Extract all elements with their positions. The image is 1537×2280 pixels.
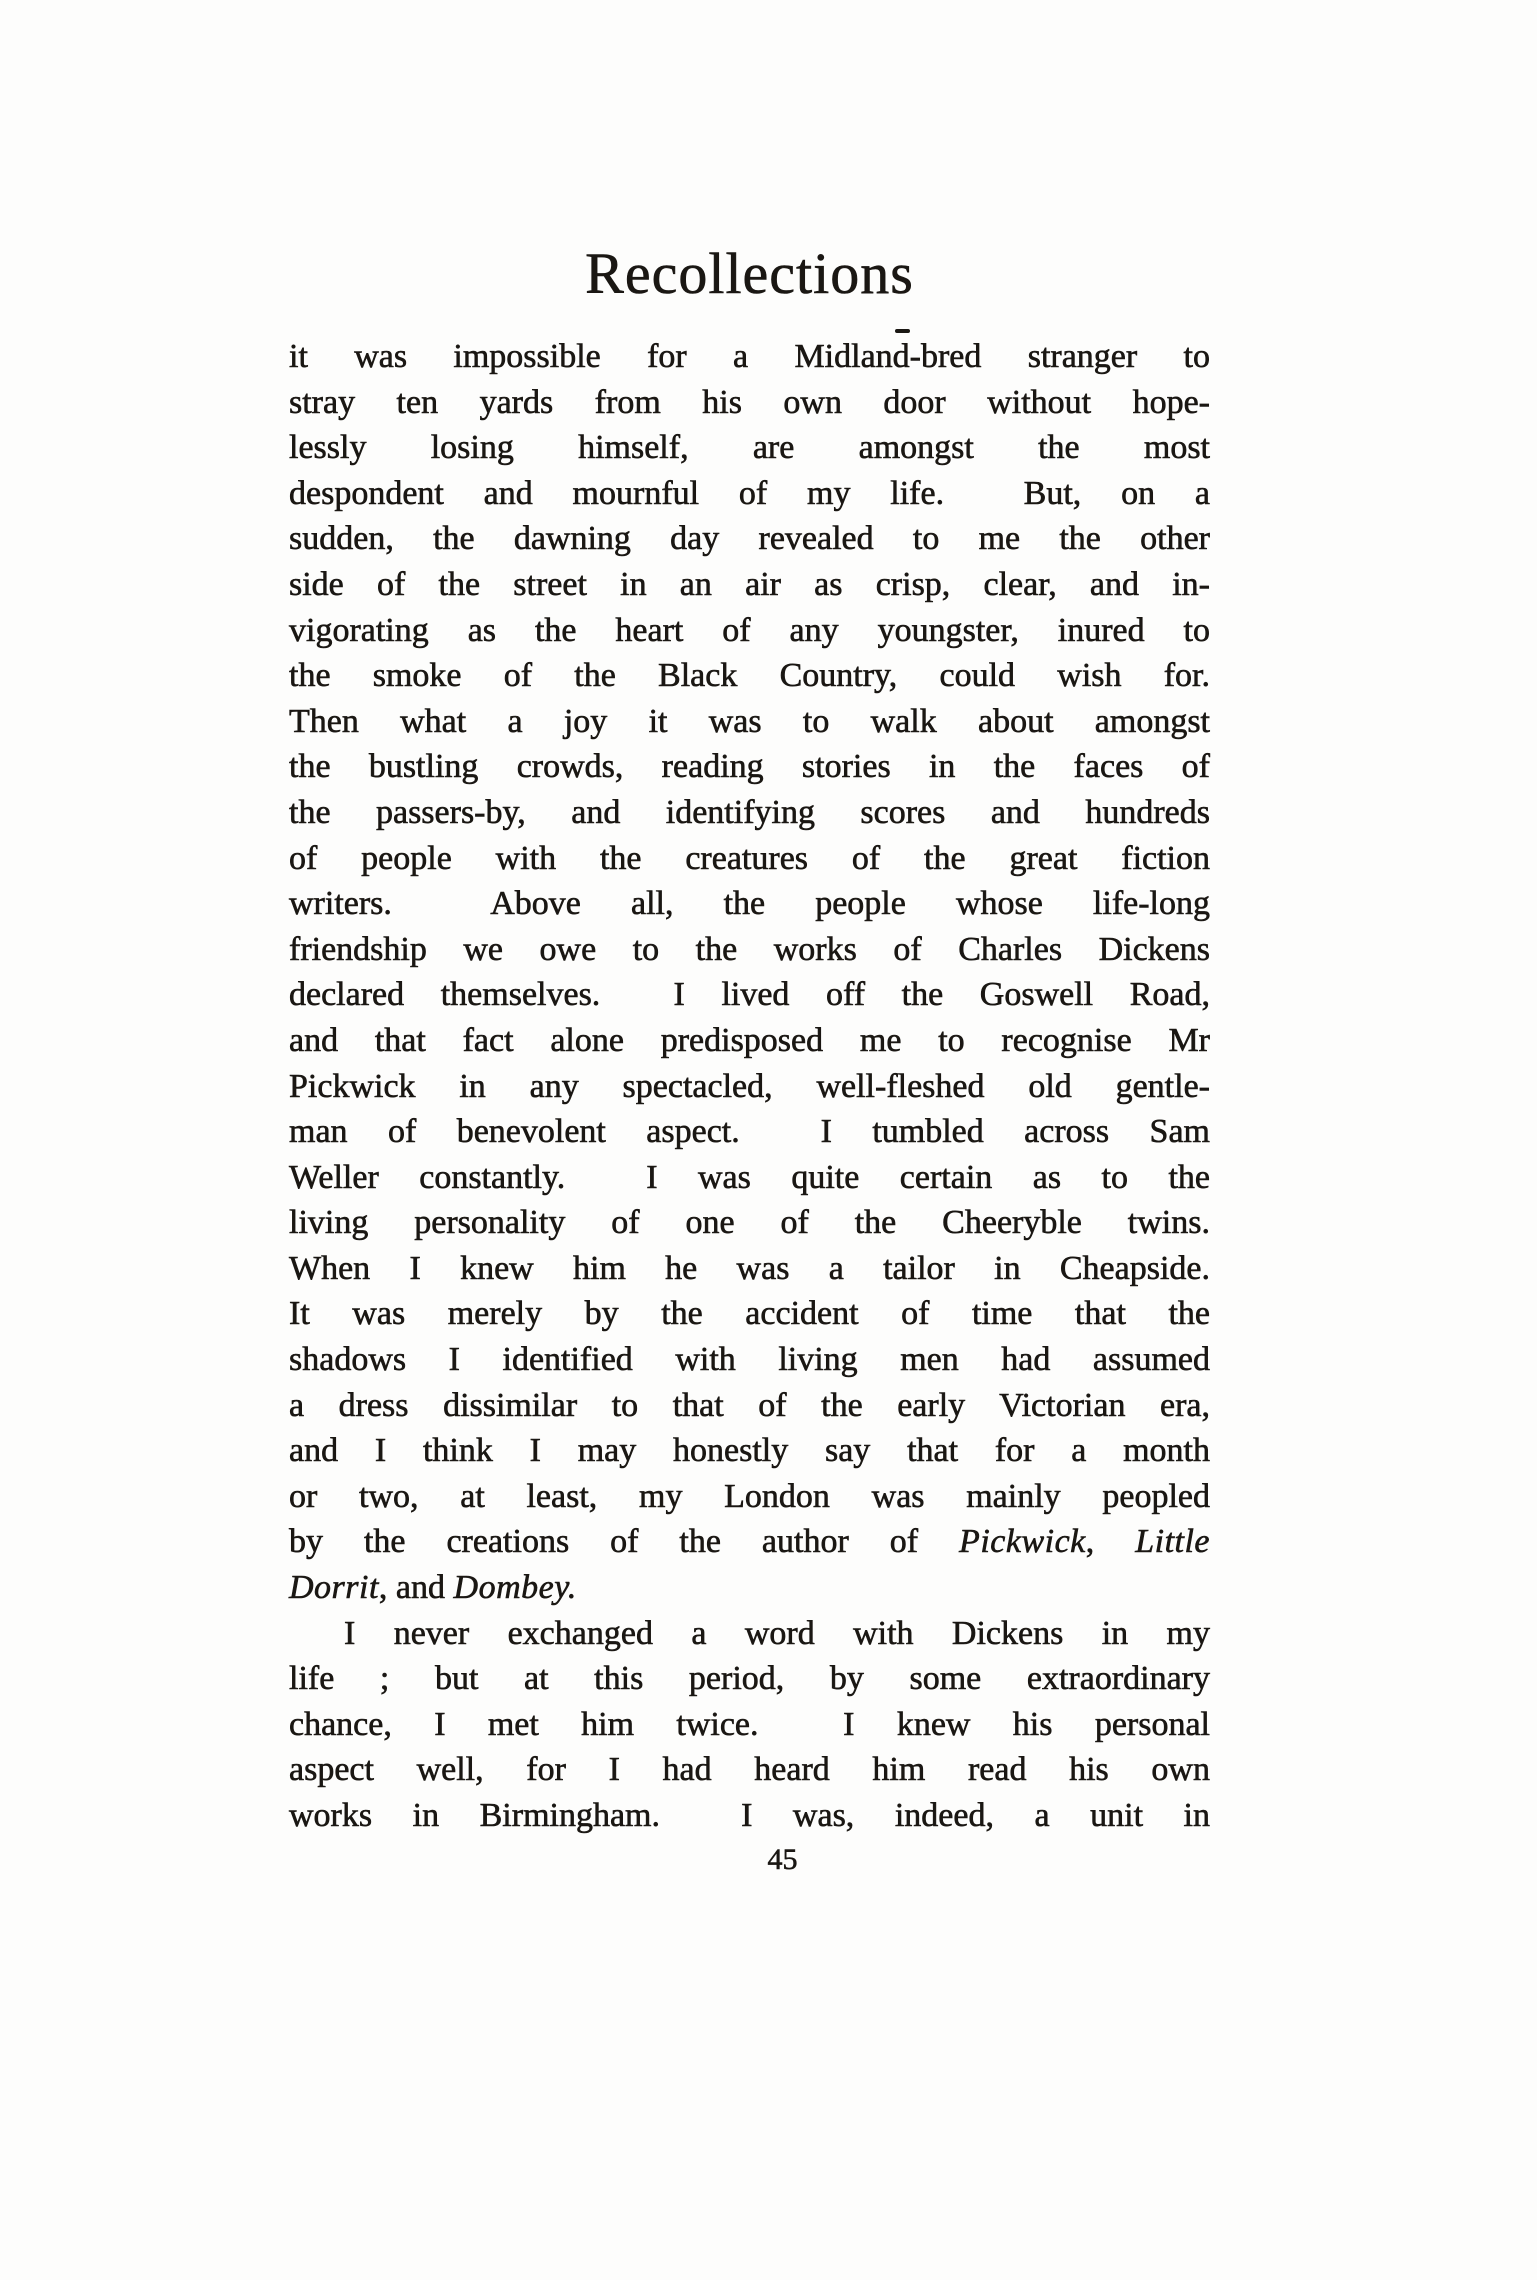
text-line: vigorating as the heart of any youngster…	[289, 608, 1210, 654]
text-segment: living personality of one of the Cheeryb…	[289, 1204, 1210, 1241]
text-line: stray ten yards from his own door withou…	[289, 380, 1210, 426]
text-segment: man of benevolent aspect. I tumbled acro…	[289, 1113, 1210, 1150]
text-line: It was merely by the accident of time th…	[289, 1291, 1210, 1337]
text-line: works in Birmingham. I was, indeed, a un…	[289, 1793, 1210, 1839]
text-segment: Then what a joy it was to walk about amo…	[289, 703, 1210, 740]
text-segment: life ; but at this period, by some extra…	[289, 1660, 1210, 1697]
text-segment: sudden, the dawning day revealed to me t…	[289, 520, 1210, 557]
text-segment: despondent and mournful of my life. But,…	[289, 475, 1210, 512]
text-line: life ; but at this period, by some extra…	[289, 1656, 1210, 1702]
text-segment: It was merely by the accident of time th…	[289, 1295, 1210, 1332]
text-line: chance, I met him twice. I knew his pers…	[289, 1702, 1210, 1748]
text-line: lessly losing himself, are amongst the m…	[289, 425, 1210, 471]
text-segment: chance, I met him twice. I knew his pers…	[289, 1706, 1210, 1743]
italic-text: Pickwick	[959, 1523, 1086, 1560]
text-segment: stray ten yards from his own door withou…	[289, 384, 1210, 421]
text-line: the bustling crowds, reading stories in …	[289, 744, 1210, 790]
text-line: I never exchanged a word with Dickens in…	[289, 1611, 1210, 1657]
text-line: sudden, the dawning day revealed to me t…	[289, 516, 1210, 562]
text-segment: aspect well, for I had heard him read hi…	[289, 1751, 1210, 1788]
text-segment: When I knew him he was a tailor in Cheap…	[289, 1250, 1210, 1287]
text-line: or two, at least, my London was mainly p…	[289, 1474, 1210, 1520]
page-title: Recollections	[289, 243, 1210, 305]
text-segment: , and	[379, 1569, 454, 1606]
text-line: the passers-by, and identifying scores a…	[289, 790, 1210, 836]
text-segment: the smoke of the Black Country, could wi…	[289, 657, 1210, 694]
text-segment: works in Birmingham. I was, indeed, a un…	[289, 1797, 1210, 1834]
text-line: a dress dissimilar to that of the early …	[289, 1383, 1210, 1429]
text-segment: friendship we owe to the works of Charle…	[289, 931, 1210, 968]
body-text: it was impossible for a Midland-bred str…	[289, 334, 1210, 1839]
text-segment: and I think I may honestly say that for …	[289, 1432, 1210, 1469]
text-block: Recollections it was impossible for a Mi…	[289, 243, 1210, 1880]
text-segment: shadows I identified with living men had…	[289, 1341, 1210, 1378]
text-segment: a dress dissimilar to that of the early …	[289, 1387, 1210, 1424]
text-line: aspect well, for I had heard him read hi…	[289, 1747, 1210, 1793]
text-segment: side of the street in an air as crisp, c…	[289, 566, 1210, 603]
text-line: it was impossible for a Midland-bred str…	[289, 334, 1210, 380]
text-line: Dorrit, and Dombey.	[289, 1565, 1210, 1611]
italic-text: Little	[1135, 1523, 1210, 1560]
italic-text: Dorrit	[289, 1569, 379, 1606]
text-line: Then what a joy it was to walk about amo…	[289, 699, 1210, 745]
text-segment: the passers-by, and identifying scores a…	[289, 794, 1210, 831]
text-segment: of people with the creatures of the grea…	[289, 840, 1210, 877]
text-line: by the creations of the author of Pickwi…	[289, 1519, 1210, 1565]
text-segment: ,	[1086, 1523, 1135, 1560]
text-line: shadows I identified with living men had…	[289, 1337, 1210, 1383]
text-line: friendship we owe to the works of Charle…	[289, 927, 1210, 973]
text-segment: Pickwick in any spectacled, well-fleshed…	[289, 1068, 1210, 1105]
text-line: When I knew him he was a tailor in Cheap…	[289, 1246, 1210, 1292]
text-line: and I think I may honestly say that for …	[289, 1428, 1210, 1474]
text-segment: and that fact alone predisposed me to re…	[289, 1022, 1210, 1059]
text-line: declared themselves. I lived off the Gos…	[289, 972, 1210, 1018]
italic-text: Dombey.	[454, 1569, 577, 1606]
text-segment: it was impossible for a Midland-bred str…	[289, 338, 1210, 375]
text-segment: the bustling crowds, reading stories in …	[289, 748, 1210, 785]
text-segment: vigorating as the heart of any youngster…	[289, 612, 1210, 649]
page: Recollections it was impossible for a Mi…	[0, 0, 1537, 2280]
text-segment: declared themselves. I lived off the Gos…	[289, 976, 1210, 1013]
text-line: and that fact alone predisposed me to re…	[289, 1018, 1210, 1064]
text-segment: by the creations of the author of	[289, 1523, 959, 1560]
text-line: side of the street in an air as crisp, c…	[289, 562, 1210, 608]
text-segment: I never exchanged a word with Dickens in…	[344, 1615, 1210, 1652]
text-line: despondent and mournful of my life. But,…	[289, 471, 1210, 517]
text-line: man of benevolent aspect. I tumbled acro…	[289, 1109, 1210, 1155]
text-line: of people with the creatures of the grea…	[289, 836, 1210, 882]
page-number: 45	[322, 1840, 1243, 1880]
text-line: living personality of one of the Cheeryb…	[289, 1200, 1210, 1246]
text-segment: lessly losing himself, are amongst the m…	[289, 429, 1210, 466]
ink-mark-artifact	[895, 329, 910, 333]
text-line: the smoke of the Black Country, could wi…	[289, 653, 1210, 699]
text-line: Weller constantly. I was quite certain a…	[289, 1155, 1210, 1201]
text-line: Pickwick in any spectacled, well-fleshed…	[289, 1064, 1210, 1110]
text-segment: or two, at least, my London was mainly p…	[289, 1478, 1210, 1515]
text-line: writers. Above all, the people whose lif…	[289, 881, 1210, 927]
text-segment: Weller constantly. I was quite certain a…	[289, 1159, 1210, 1196]
text-segment: writers. Above all, the people whose lif…	[289, 885, 1210, 922]
